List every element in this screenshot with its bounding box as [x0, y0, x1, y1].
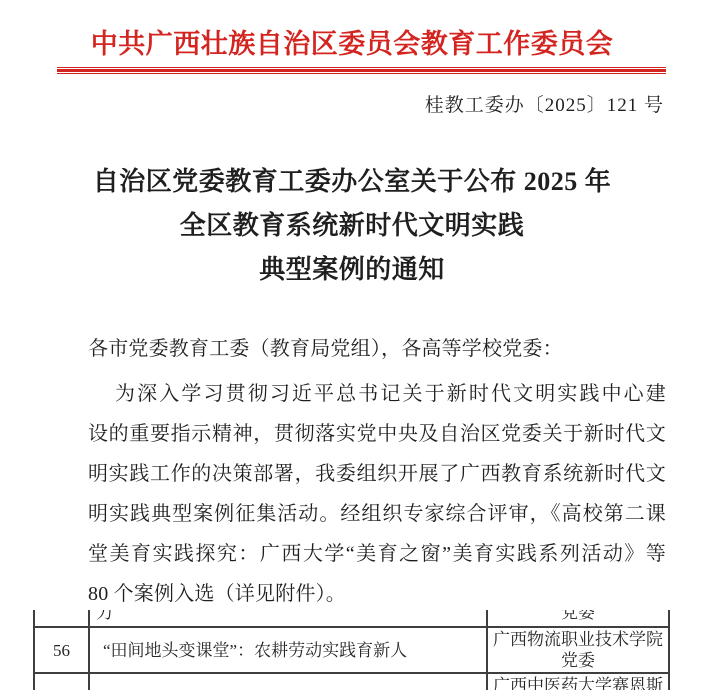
paragraph-line: 明实践典型案例征集活动。经组织专家综合评审，《高校第二课: [88, 494, 666, 534]
table-cell-org: 党委: [488, 610, 668, 626]
paragraph-line: 80 个案例入选（详见附件）。: [88, 574, 666, 614]
doc-number: 桂教工委办〔2025〕121 号: [57, 90, 664, 117]
table-row-partial-bottom: 广西中医药大学赛恩斯: [33, 674, 670, 690]
body-paragraph: 为深入学习贯彻习近平总书记关于新时代文明实践中心建 设的重要指示精神，贯彻落实党…: [88, 374, 666, 614]
org-line-2: 党委: [488, 650, 668, 671]
paragraph-line: 明实践工作的决策部署，我委组织开展了广西教育系统新时代文: [88, 454, 666, 494]
letterhead-org-name: 中共广西壮族自治区委员会教育工作委员会: [40, 22, 664, 61]
table-row-56: 56 “田间地头变课堂”：农耕劳动实践育新人 广西物流职业技术学院 党委: [33, 626, 670, 674]
table-cell-title: “田间地头变课堂”：农耕劳动实践育新人: [90, 628, 488, 672]
clipped-org-fragment: 广西中医药大学赛恩斯: [488, 676, 668, 690]
table-cell-title: 力: [90, 610, 488, 626]
document-page: 中共广西壮族自治区委员会教育工作委员会 桂教工委办〔2025〕121 号 自治区…: [0, 0, 704, 690]
paragraph-line: 设的重要指示精神，贯彻落实党中央及自治区党委关于新时代文: [88, 414, 666, 454]
salutation-line: 各市党委教育工委（教育局党组），各高等学校党委：: [88, 334, 666, 364]
table-cell-no: 56: [35, 628, 90, 672]
notice-title: 自治区党委教育工委办公室关于公布 2025 年 全区教育系统新时代文明实践 典型…: [40, 160, 664, 292]
table-cell-no: [35, 674, 90, 690]
table-cell-org: 广西中医药大学赛恩斯: [488, 674, 668, 690]
table-cell-org: 广西物流职业技术学院 党委: [488, 628, 668, 672]
notice-title-line-3: 典型案例的通知: [40, 248, 664, 292]
clipped-title-fragment: 力: [96, 610, 486, 625]
org-line-1: 广西物流职业技术学院: [488, 629, 668, 650]
table-row-partial-top: 力 党委: [33, 610, 670, 626]
notice-title-line-2: 全区教育系统新时代文明实践: [40, 204, 664, 248]
notice-title-line-1: 自治区党委教育工委办公室关于公布 2025 年: [40, 160, 664, 204]
cases-table: 力 党委 56 “田间地头变课堂”：农耕劳动实践育新人 广西物流职业技术学院 党…: [33, 610, 670, 690]
clipped-org-fragment: 党委: [488, 610, 668, 625]
paragraph-line: 为深入学习贯彻习近平总书记关于新时代文明实践中心建: [88, 374, 666, 414]
table-cell-no: [35, 610, 90, 626]
paragraph-line: 堂美育实践探究：广西大学“美育之窗”美育实践系列活动》等: [88, 534, 666, 574]
letterhead-separator-line: [57, 67, 666, 74]
table-cell-title: [90, 674, 488, 690]
